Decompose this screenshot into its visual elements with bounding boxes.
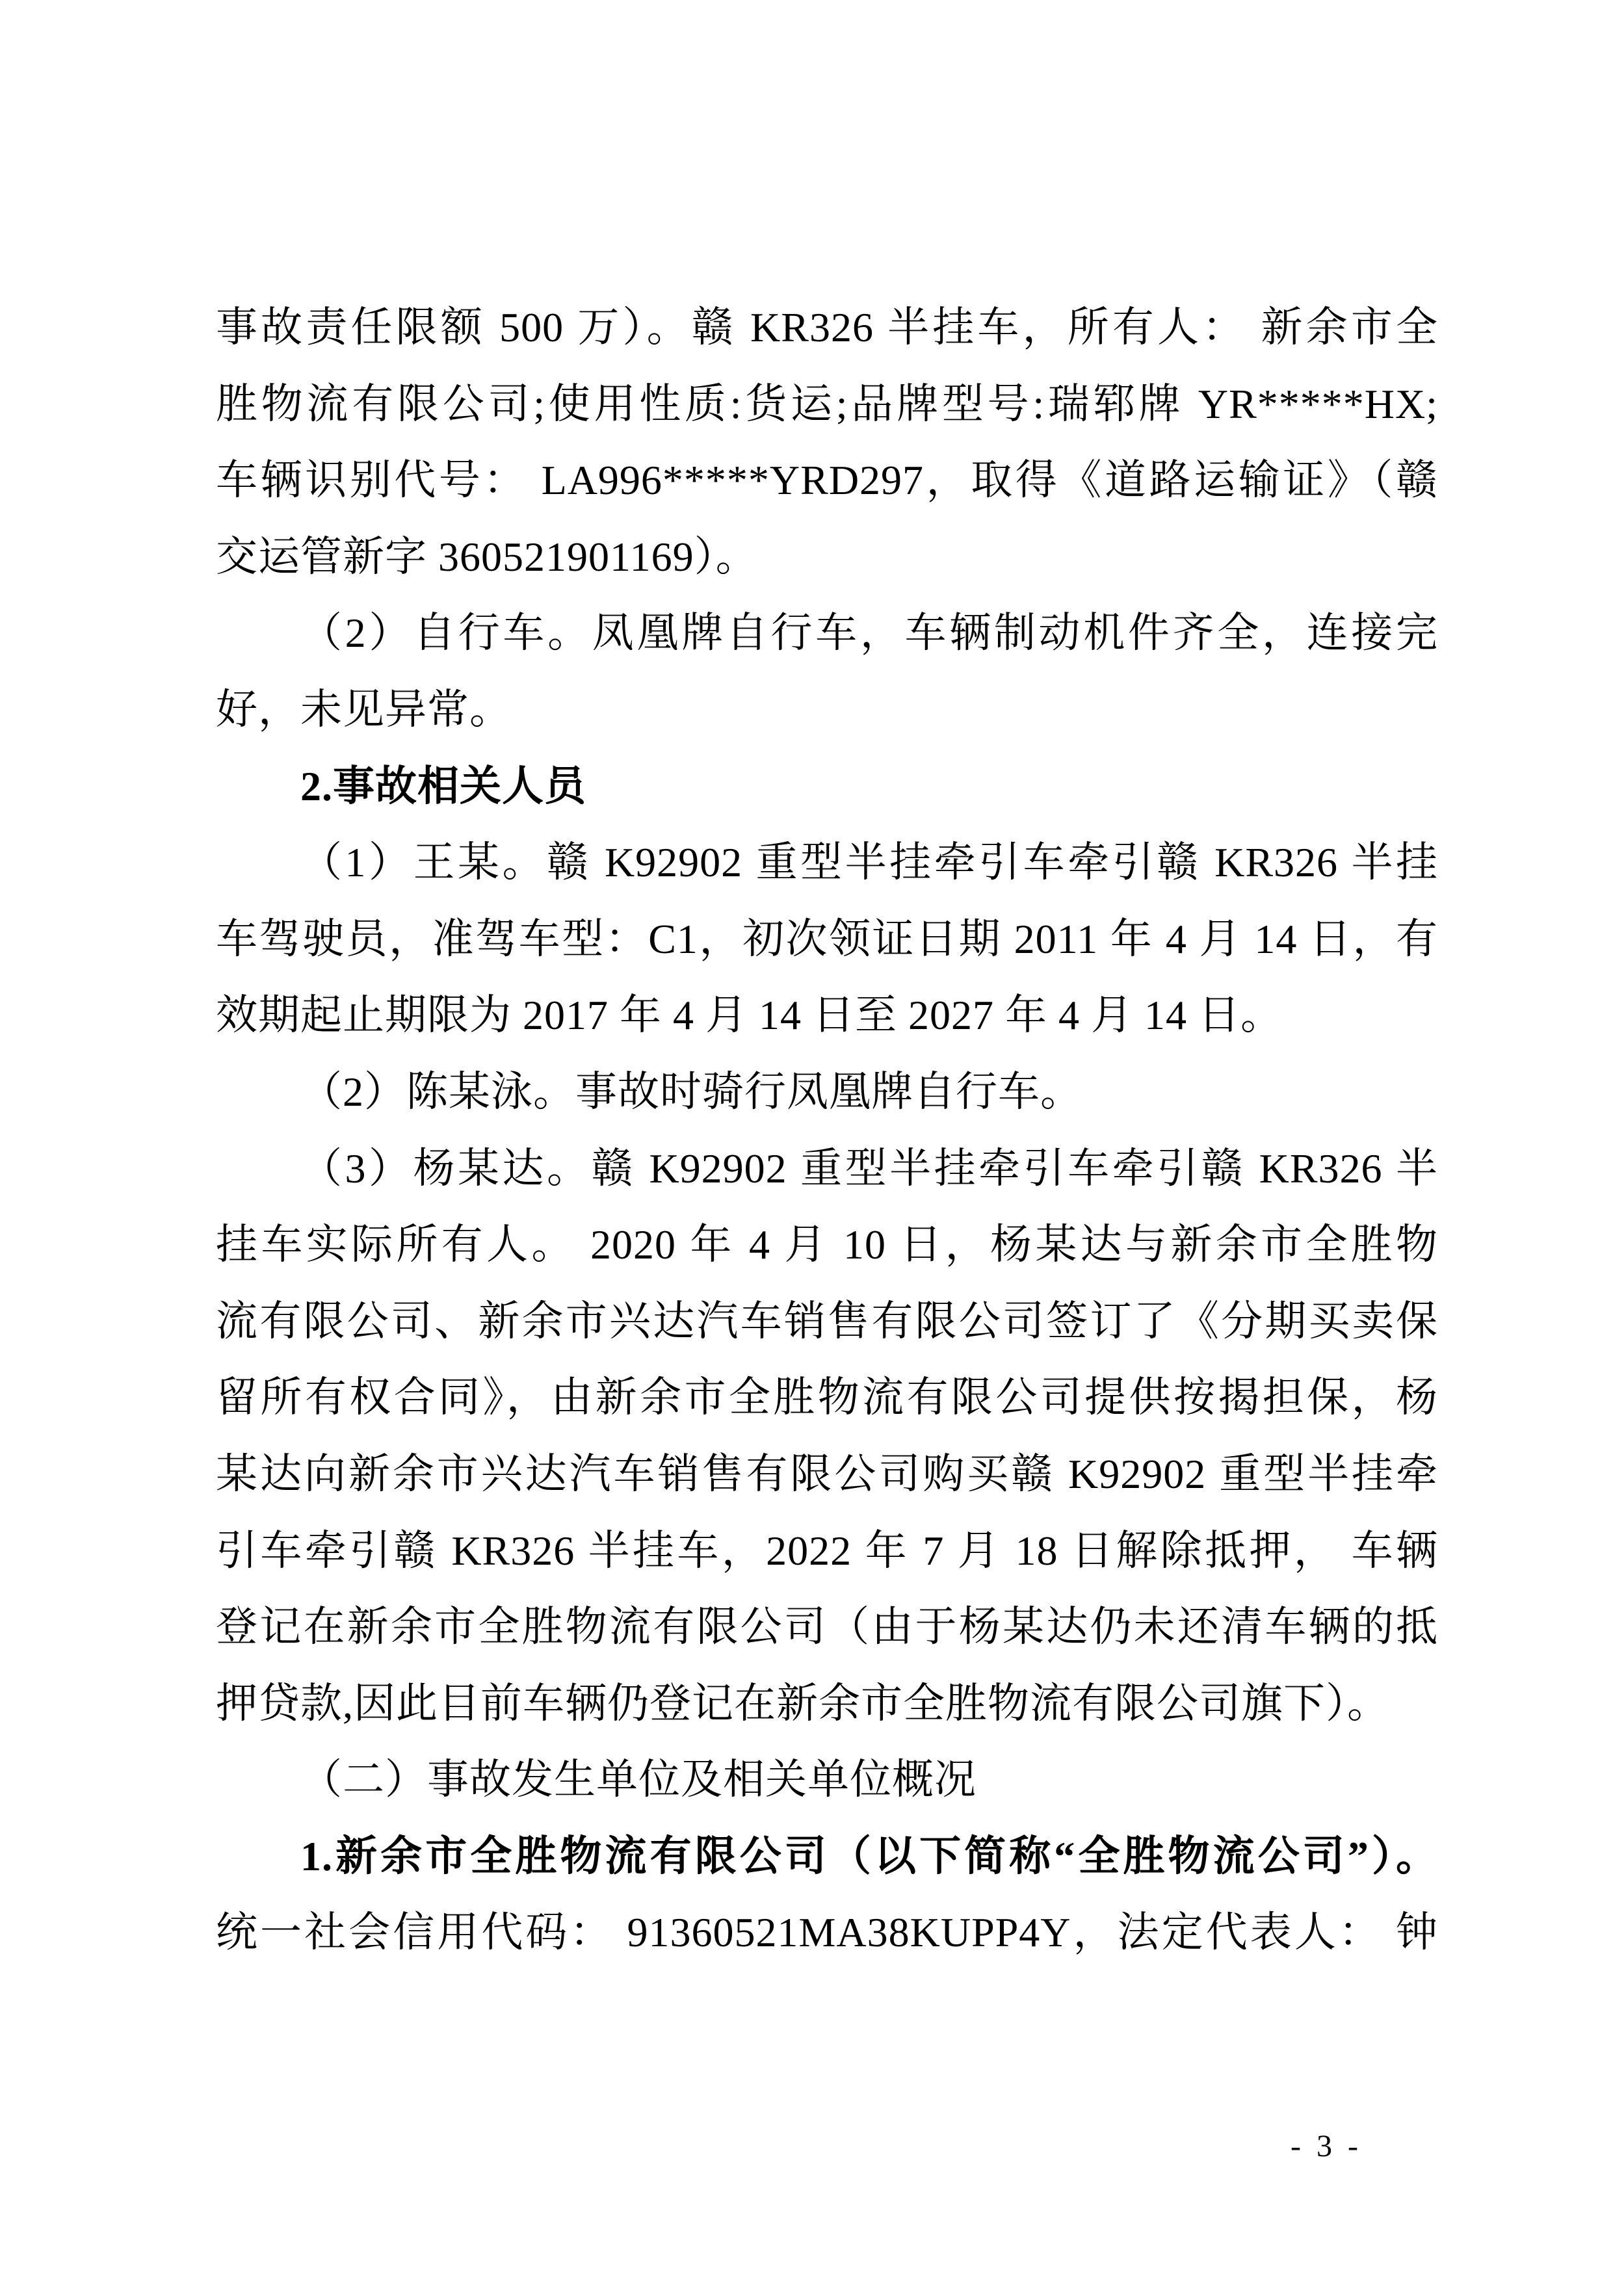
text-line: （二）事故发生单位及相关单位概况 xyxy=(216,1742,1438,1818)
text-line: 效期起止期限为 2017 年 4 月 14 日至 2027 年 4 月 14 日… xyxy=(216,977,1438,1054)
text-column: 事故责任限额 500 万）。赣 KR326 半挂车，所有人： 新余市全胜物流有限… xyxy=(216,289,1438,1971)
text-line: 事故责任限额 500 万）。赣 KR326 半挂车，所有人： 新余市全 xyxy=(216,289,1438,366)
text-line: 某达向新余市兴达汽车销售有限公司购买赣 K92902 重型半挂牵 xyxy=(216,1436,1438,1513)
text-line: 登记在新余市全胜物流有限公司（由于杨某达仍未还清车辆的抵 xyxy=(216,1589,1438,1665)
text-line: 留所有权合同》，由新余市全胜物流有限公司提供按揭担保，杨 xyxy=(216,1359,1438,1436)
text-line: 引车牵引赣 KR326 半挂车，2022 年 7 月 18 日解除抵押， 车辆 xyxy=(216,1513,1438,1589)
document-page: 事故责任限额 500 万）。赣 KR326 半挂车，所有人： 新余市全胜物流有限… xyxy=(0,0,1613,2296)
text-line: 流有限公司、新余市兴达汽车销售有限公司签订了《分期买卖保 xyxy=(216,1283,1438,1360)
text-line: 好，未见异常。 xyxy=(216,672,1438,748)
text-line: 胜物流有限公司;使用性质:货运;品牌型号:瑞郓牌 YR*****HX; xyxy=(216,366,1438,443)
text-line: 1.新余市全胜物流有限公司（以下简称“全胜物流公司”）。 xyxy=(216,1818,1438,1895)
text-line: 挂车实际所有人。 2020 年 4 月 10 日，杨某达与新余市全胜物 xyxy=(216,1207,1438,1283)
text-line: 交运管新字 360521901169）。 xyxy=(216,519,1438,595)
text-line: 统一社会信用代码： 91360521MA38KUPP4Y，法定代表人： 钟 xyxy=(216,1894,1438,1971)
text-line: 车驾驶员，准驾车型：C1，初次领证日期 2011 年 4 月 14 日，有 xyxy=(216,901,1438,978)
text-line: （2）自行车。凤凰牌自行车，车辆制动机件齐全，连接完 xyxy=(216,595,1438,672)
text-line: （2）陈某泳。事故时骑行凤凰牌自行车。 xyxy=(216,1054,1438,1130)
text-line: 车辆识别代号： LA996*****YRD297，取得《道路运输证》（赣 xyxy=(216,442,1438,519)
text-line: 押贷款,因此目前车辆仍登记在新余市全胜物流有限公司旗下）。 xyxy=(216,1665,1438,1742)
text-line: （1）王某。赣 K92902 重型半挂牵引车牵引赣 KR326 半挂 xyxy=(216,824,1438,901)
text-line: （3）杨某达。赣 K92902 重型半挂牵引车牵引赣 KR326 半 xyxy=(216,1130,1438,1207)
page-number: - 3 - xyxy=(1291,2127,1362,2166)
text-line: 2.事故相关人员 xyxy=(216,748,1438,825)
